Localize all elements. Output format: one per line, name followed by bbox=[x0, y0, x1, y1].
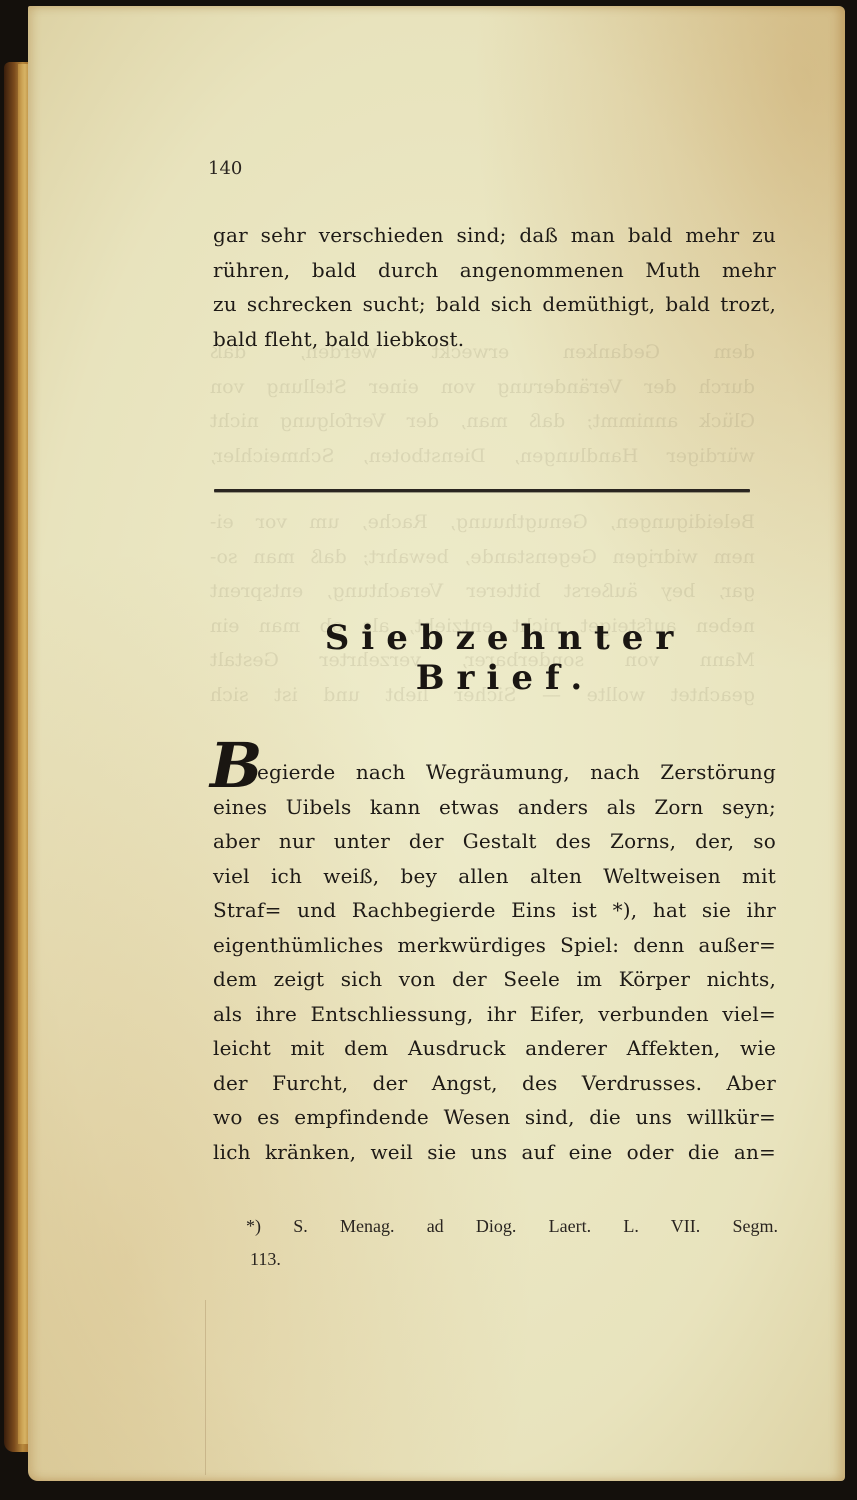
text-line: Straf= und Rachbegierde Eins ist *), hat… bbox=[213, 893, 776, 928]
text-line: dem zeigt sich von der Seele im Körper n… bbox=[213, 962, 776, 997]
text-line: eigenthümliches merkwürdiges Spiel: denn… bbox=[213, 928, 776, 963]
section-divider-rule bbox=[214, 489, 750, 492]
text-line: lich kränken, weil sie uns auf eine oder… bbox=[213, 1135, 776, 1170]
footnote-line: 113. bbox=[246, 1243, 778, 1276]
footnote-line: *) S. Menag. ad Diog. Laert. L. VII. Seg… bbox=[246, 1210, 778, 1243]
chapter-heading: Siebzehnter Brief. bbox=[240, 618, 770, 698]
text-line: egierde nach Wegräumung, nach Zerstörung bbox=[213, 755, 776, 790]
text-line: zu schrecken sucht; bald sich demüthigt,… bbox=[213, 287, 776, 322]
text-line: leicht mit dem Ausdruck anderer Affekten… bbox=[213, 1031, 776, 1066]
continuation-paragraph: gar sehr verschieden sind; daß man bald … bbox=[213, 218, 776, 356]
text-line: rühren, bald durch angenommenen Muth meh… bbox=[213, 253, 776, 288]
page-number: 140 bbox=[208, 158, 242, 179]
text-line: bald fleht, bald liebkost. bbox=[213, 322, 776, 357]
footnote: *) S. Menag. ad Diog. Laert. L. VII. Seg… bbox=[246, 1210, 778, 1276]
text-line: viel ich weiß, bey allen alten Weltweise… bbox=[213, 859, 776, 894]
text-line: als ihre Entschliessung, ihr Eifer, verb… bbox=[213, 997, 776, 1032]
text-line: gar sehr verschieden sind; daß man bald … bbox=[213, 218, 776, 253]
text-line: der Furcht, der Angst, des Verdrusses. A… bbox=[213, 1066, 776, 1101]
paper-crease bbox=[205, 1300, 206, 1475]
text-line: eines Uibels kann etwas anders als Zorn … bbox=[213, 790, 776, 825]
text-line: aber nur unter der Gestalt des Zorns, de… bbox=[213, 824, 776, 859]
text-line: wo es empfindende Wesen sind, die uns wi… bbox=[213, 1100, 776, 1135]
body-paragraph: egierde nach Wegräumung, nach Zerstörung… bbox=[213, 755, 776, 1169]
